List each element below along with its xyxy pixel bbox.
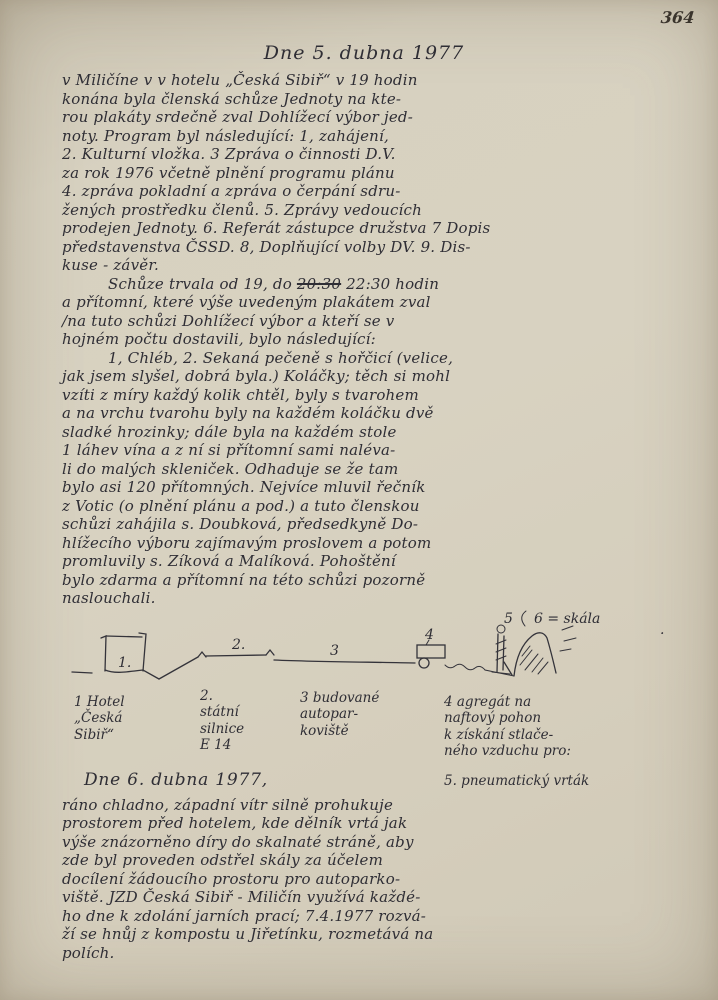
diagram-label-1: 1.: [118, 655, 131, 671]
site-sketch-svg: 1. 2. 3 4 5 6 = skála .: [70, 610, 670, 692]
diagram-end-dot: .: [660, 622, 664, 638]
worker-drill-sketch: [492, 625, 512, 675]
meeting-duration-line: Schůze trvala od 19, do 20:30 22:30 hodi…: [62, 275, 666, 294]
paragraph-attendees: a přítomní, které výše uvedeným plakátem…: [62, 293, 666, 349]
page-content: Dne 5. dubna 1977 v Miličíne v v hotelu …: [62, 42, 666, 962]
legend-hotel: 1 Hotel „Česká Sibiř“: [74, 694, 125, 744]
paragraph-refreshments: 1, Chléb, 2. Sekaná pečeně s hořčicí (ve…: [62, 349, 666, 608]
diagram-label-6-skala: 6 = skála: [534, 611, 600, 627]
road-sketch: [159, 650, 274, 679]
chronicle-page: 364 Dne 5. dubna 1977 v Miličíne v v hot…: [0, 0, 718, 1000]
diagram-label-3: 3: [330, 643, 339, 659]
entry-title-april-6: Dne 6. dubna 1977,: [84, 770, 268, 790]
page-number: 364: [660, 8, 695, 27]
diagram-label-4: 4: [424, 627, 434, 643]
meeting-duration-prefix: Schůze trvala od 19, do: [108, 275, 297, 293]
diagram-label-2: 2.: [231, 637, 245, 653]
hand-drawn-site-diagram: 1. 2. 3 4 5 6 = skála .: [62, 610, 666, 692]
legend-road-e14: 2. státní silnice E 14: [200, 688, 244, 754]
parking-line-sketch: [274, 660, 415, 663]
legend-parking: 3 budované autopar- koviště: [300, 690, 379, 740]
entry-april-6-header: Dne 6. dubna 1977, 5. pneumatický vrták: [62, 770, 666, 792]
hotel-building-sketch: [72, 633, 159, 679]
legend-compressor: 4 agregát na naftový pohon k získání stl…: [444, 694, 571, 760]
diagram-legend: 1 Hotel „Česká Sibiř“ 2. státní silnice …: [62, 694, 666, 764]
compressor-sketch: [417, 640, 445, 668]
entry-title-april-5: Dne 5. dubna 1977: [62, 42, 666, 64]
paragraph-meeting-announcement: v Miličíne v v hotelu „Česká Sibiř“ v 19…: [62, 71, 666, 275]
paragraph-april-6: ráno chladno, západní vítr silně prohuku…: [62, 796, 666, 963]
strikethrough-time: 20:30: [297, 275, 341, 293]
legend-pneumatic-drill: 5. pneumatický vrták: [444, 773, 589, 789]
meeting-duration-suffix: 22:30 hodin: [341, 275, 439, 293]
diagram-label-5: 5: [504, 611, 513, 627]
